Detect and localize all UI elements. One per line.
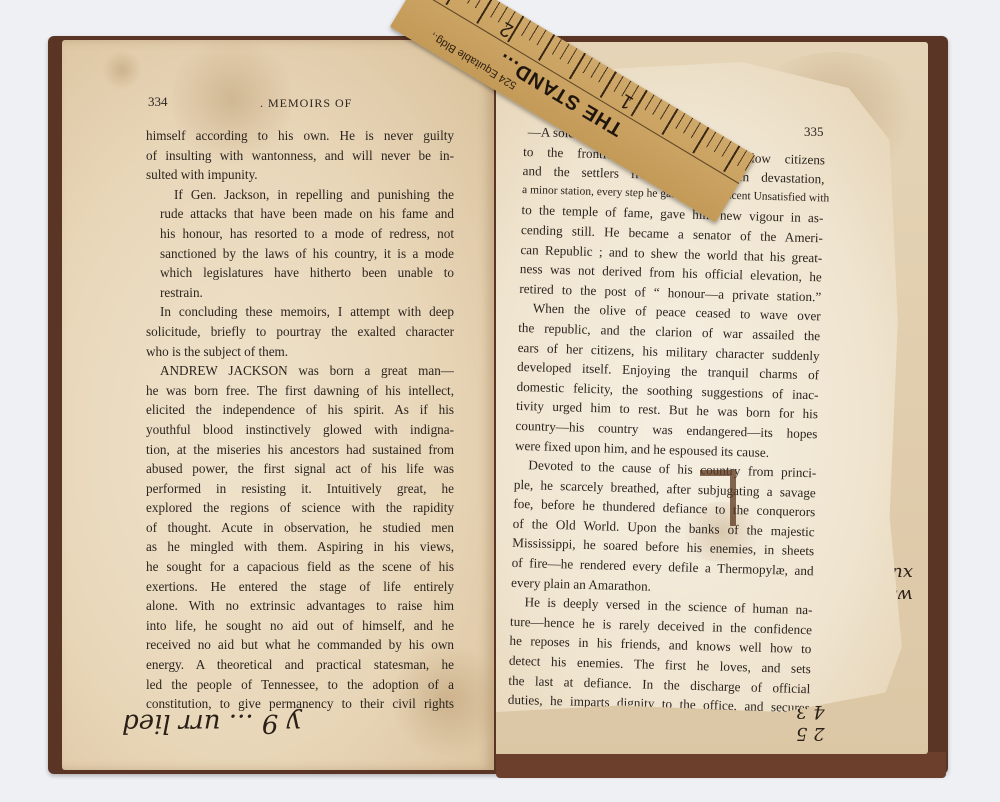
- paragraph: When the olive of peace ceased to wave o…: [515, 298, 821, 463]
- paragraph: He is deeply versed in the science of hu…: [508, 592, 813, 712]
- running-head: . MEMOIRS OF: [260, 96, 352, 111]
- rust-stain: [700, 470, 736, 526]
- paragraph: ANDREW JACKSON was born a great man— he …: [146, 361, 454, 714]
- page-number-left: 334: [148, 94, 168, 110]
- paragraph: himself according to his own. He is neve…: [146, 126, 454, 185]
- left-page-text: himself according to his own. He is neve…: [146, 126, 454, 714]
- handwritten-inscription: y 9 ... urr lied: [122, 708, 301, 738]
- book-cover-bottom-edge: [496, 752, 946, 778]
- paragraph: In concluding these memoirs, I attempt w…: [146, 302, 454, 361]
- water-stain: [102, 50, 142, 90]
- right-page-text: —A soldier from ... ... ... to the front…: [508, 122, 826, 712]
- paragraph: Devoted to the cause of his country from…: [511, 455, 817, 601]
- paragraph: If Gen. Jackson, in repelling and punish…: [146, 185, 454, 303]
- left-page: 334 . MEMOIRS OF himself according to hi…: [62, 40, 494, 770]
